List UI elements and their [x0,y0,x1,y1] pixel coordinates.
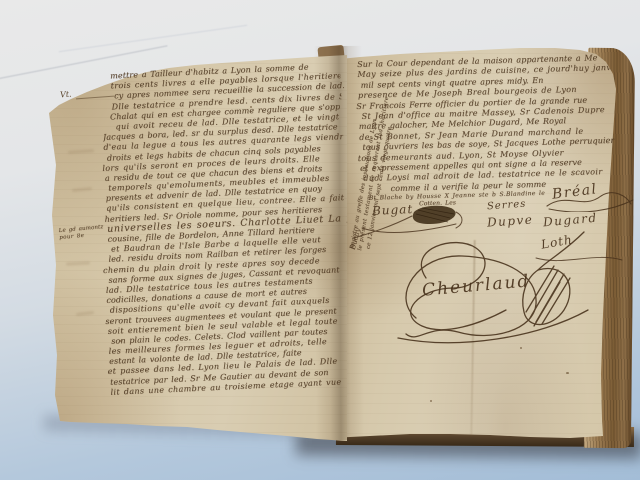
left-margin-note: Vt. [60,90,72,100]
foxing-speck [250,106,252,108]
signature-bugat: Bugat [372,202,414,218]
foxing-speck [566,372,569,374]
foxing-speck [430,400,432,402]
manuscript-photo: mettre a Tailleur d'habitz a Lyon la som… [0,0,640,480]
foxing-speck [520,347,522,349]
left-page-text-block: mettre a Tailleur d'habitz a Lyon la som… [100,61,355,398]
foxing-speck [120,340,122,342]
